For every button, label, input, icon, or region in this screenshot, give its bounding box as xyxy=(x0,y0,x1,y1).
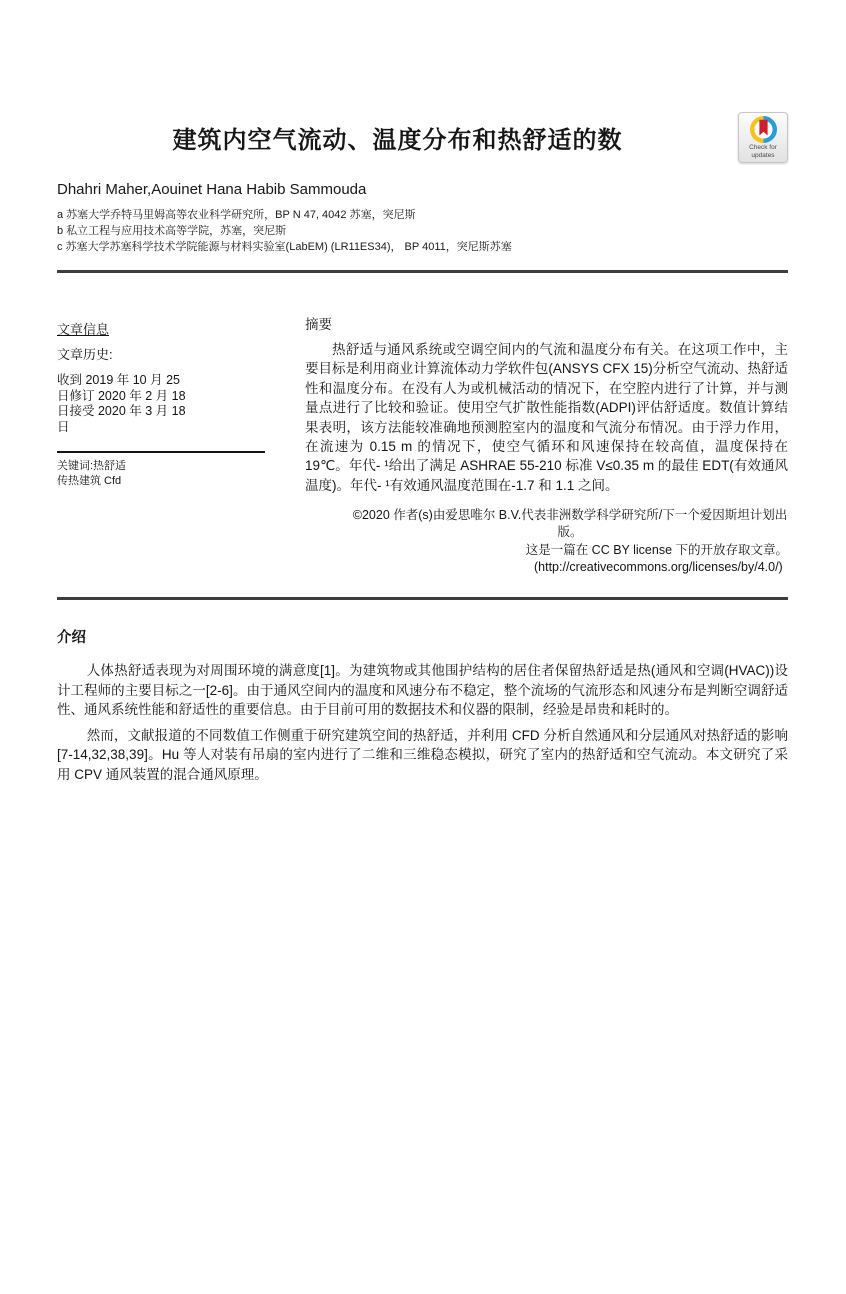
abstract-column: 摘要 热舒适与通风系统或空调空间内的气流和温度分布有关。在这项工作中，主要目标是… xyxy=(305,313,788,575)
paper-page: 建筑内空气流动、温度分布和热舒适的数 Check for updates Dha… xyxy=(0,0,846,1294)
history-line-revised: 日修订 2020 年 2 月 18 xyxy=(57,389,265,405)
affiliations: a 苏塞大学乔特马里姆高等农业科学研究所，BP N 47, 4042 苏塞，突尼… xyxy=(57,207,788,255)
divider-bottom xyxy=(57,597,788,600)
keywords-line2: 传热建筑 Cfd xyxy=(57,474,265,489)
license-url-link[interactable]: (http://creativecommons.org/licenses/by/… xyxy=(534,559,788,576)
introduction-heading: 介绍 xyxy=(57,626,788,647)
affiliation-c: c 苏塞大学苏塞科学技术学院能源与材料实验室(LabEM) (LR11ES34)… xyxy=(57,239,788,255)
history-line-received: 收到 2019 年 10 月 25 xyxy=(57,373,265,389)
license-line: 这是一篇在 CC BY license 下的开放存取文章。 xyxy=(305,542,788,559)
title-area: 建筑内空气流动、温度分布和热舒适的数 xyxy=(57,112,738,155)
introduction-paragraph-2: 然而，文献报道的不同数值工作侧重于研究建筑空间的热舒适，并利用 CFD 分析自然… xyxy=(57,726,788,785)
introduction-paragraph-1: 人体热舒适表现为对周围环境的满意度[1]。为建筑物或其他围护结构的居住者保留热舒… xyxy=(57,661,788,720)
affiliation-a: a 苏塞大学乔特马里姆高等农业科学研究所，BP N 47, 4042 苏塞，突尼… xyxy=(57,207,788,223)
abstract-heading: 摘要 xyxy=(305,313,788,333)
copyright-line: ©2020 作者(s)由爱思唯尔 B.V.代表非洲数学科学研究所/下一个爱因斯坦… xyxy=(352,507,788,540)
badge-label-line1: Check for xyxy=(749,144,777,151)
crossmark-icon xyxy=(750,116,777,143)
introduction-section: 介绍 人体热舒适表现为对周围环境的满意度[1]。为建筑物或其他围护结构的居住者保… xyxy=(57,626,788,784)
history-line-tail: 日 xyxy=(57,420,265,436)
history-line-accepted: 日接受 2020 年 3 月 18 xyxy=(57,404,265,420)
divider-top xyxy=(57,270,788,273)
keywords-line1: 关键词:热舒适 xyxy=(57,459,265,474)
badge-label: Check for updates xyxy=(749,144,777,159)
article-history: 收到 2019 年 10 月 25 日修订 2020 年 2 月 18 日接受 … xyxy=(57,373,265,435)
article-info-column: 文章信息 文章历史: 收到 2019 年 10 月 25 日修订 2020 年 … xyxy=(57,313,265,575)
badge-label-line2: updates xyxy=(751,152,774,159)
info-section: 文章信息 文章历史: 收到 2019 年 10 月 25 日修订 2020 年 … xyxy=(57,313,788,575)
affiliation-b: b 私立工程与应用技术高等学院，苏塞，突尼斯 xyxy=(57,223,788,239)
page-content: 建筑内空气流动、温度分布和热舒适的数 Check for updates Dha… xyxy=(57,0,788,784)
copyright-block: ©2020 作者(s)由爱思唯尔 B.V.代表非洲数学科学研究所/下一个爱因斯坦… xyxy=(305,507,788,575)
header: 建筑内空气流动、温度分布和热舒适的数 Check for updates xyxy=(57,112,788,163)
paper-title: 建筑内空气流动、温度分布和热舒适的数 xyxy=(57,120,738,155)
keywords: 关键词:热舒适 传热建筑 Cfd xyxy=(57,459,265,489)
article-history-label: 文章历史: xyxy=(57,344,265,363)
check-for-updates-badge[interactable]: Check for updates xyxy=(738,112,788,163)
abstract-body: 热舒适与通风系统或空调空间内的气流和温度分布有关。在这项工作中，主要目标是利用商… xyxy=(305,340,788,495)
keywords-divider xyxy=(57,451,265,453)
authors: Dhahri Maher,Aouinet Hana Habib Sammouda xyxy=(57,181,788,198)
article-info-heading: 文章信息 xyxy=(57,319,265,338)
